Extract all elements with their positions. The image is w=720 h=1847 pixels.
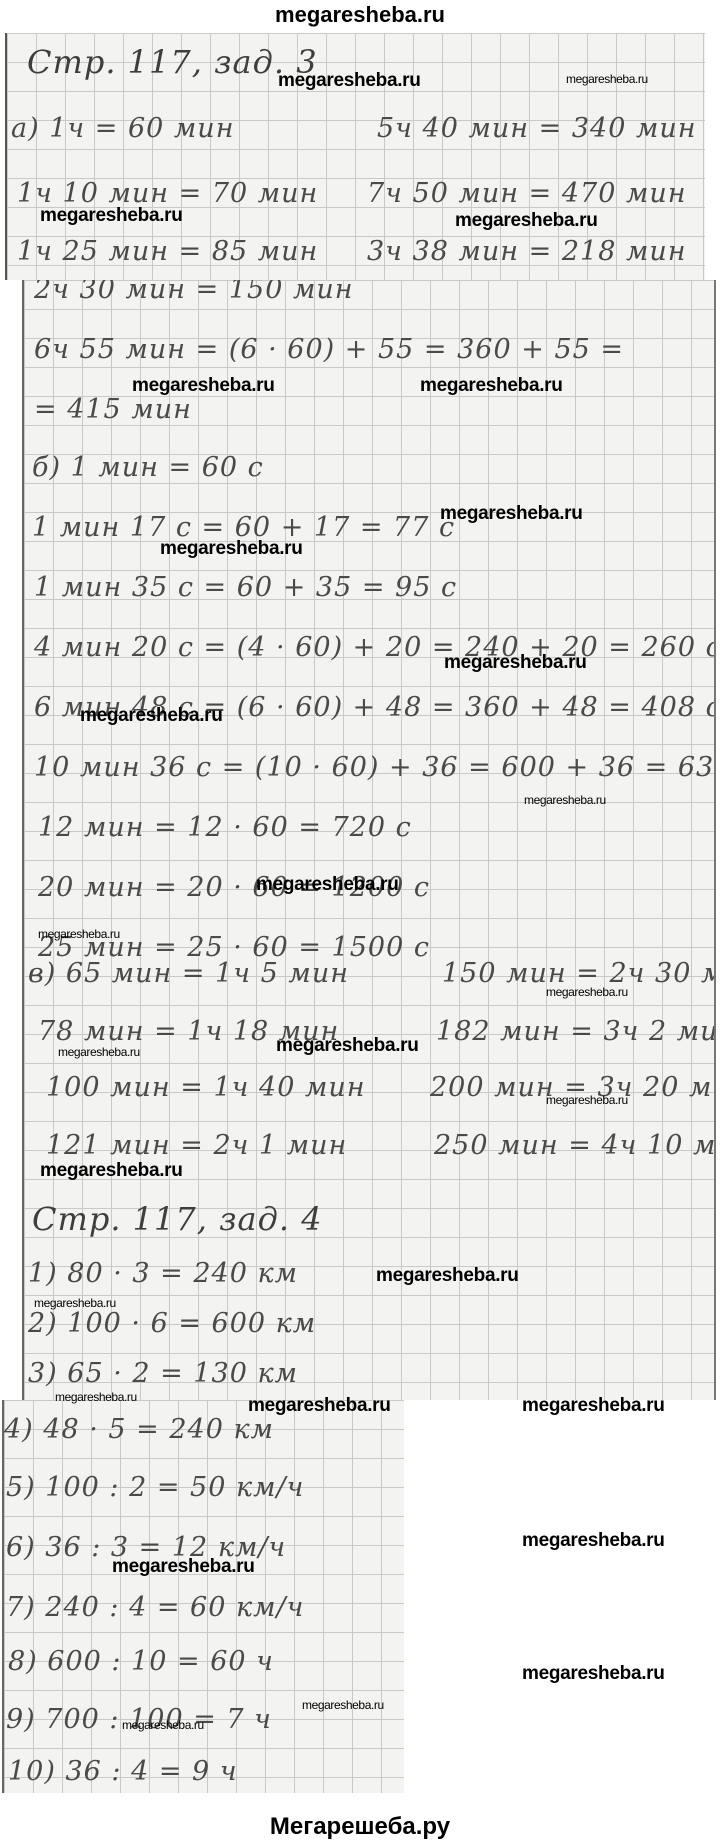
task4-line-8: 8) 600 : 10 = 60 ч [8, 1646, 274, 1677]
part-a-line-1: а) 1ч = 60 мин [11, 113, 234, 144]
notebook-sheet-3: 4) 48 · 5 = 240 км 5) 100 : 2 = 50 км/ч … [2, 1400, 404, 1793]
watermark: megaresheba.ru [38, 927, 120, 941]
watermark: megaresheba.ru [376, 1265, 519, 1287]
watermark: megaresheba.ru [566, 72, 648, 86]
task3-heading: Стр. 117, зад. 3 [27, 43, 318, 81]
watermark: megaresheba.ru [256, 874, 399, 896]
site-footer[interactable]: Мегарешеба.ру [0, 1810, 720, 1844]
task4-line-7: 7) 240 : 4 = 60 км/ч [6, 1592, 304, 1623]
part-v-left-1: в) 65 мин = 1ч 5 мин [28, 958, 349, 989]
watermark: megaresheba.ru [455, 210, 598, 232]
watermark: megaresheba.ru [40, 1160, 183, 1182]
watermark: megaresheba.ru [248, 1395, 391, 1417]
watermark: megaresheba.ru [80, 705, 223, 727]
watermark: megaresheba.ru [112, 1556, 255, 1578]
part-a-line-3: 1ч 25 мин = 85 мин [17, 236, 318, 267]
watermark: megaresheba.ru [132, 375, 275, 397]
watermark: megaresheba.ru [522, 1663, 665, 1685]
watermark: megaresheba.ru [524, 793, 606, 807]
watermark: megaresheba.ru [34, 1296, 116, 1310]
site-header[interactable]: megaresheba.ru [0, 0, 720, 30]
watermark: megaresheba.ru [546, 985, 628, 999]
watermark: megaresheba.ru [440, 503, 583, 525]
watermark: megaresheba.ru [278, 70, 421, 92]
part-v-right-4: 250 мин = 4ч 10 мин [434, 1130, 716, 1161]
watermark: megaresheba.ru [522, 1395, 665, 1417]
watermark: megaresheba.ru [122, 1718, 204, 1732]
part-b-line-3: 1 мин 35 с = 60 + 35 = 95 с [34, 572, 457, 603]
watermark: megaresheba.ru [522, 1530, 665, 1552]
part-b-line-7: 12 мин = 12 · 60 = 720 с [38, 812, 412, 843]
part-a-right-2: 7ч 50 мин = 470 мин [367, 178, 687, 209]
watermark: megaresheba.ru [160, 538, 303, 560]
task4-line-3: 3) 65 · 2 = 130 км [28, 1358, 298, 1389]
task4-line-4: 4) 48 · 5 = 240 км [4, 1414, 274, 1445]
watermark: megaresheba.ru [420, 375, 563, 397]
task4-line-10: 10) 36 : 4 = 9 ч [8, 1756, 238, 1787]
watermark: megaresheba.ru [55, 1390, 137, 1404]
watermark: megaresheba.ru [276, 1035, 419, 1057]
watermark: megaresheba.ru [58, 1045, 140, 1059]
watermark: megaresheba.ru [40, 205, 183, 227]
part-b-line-1: б) 1 мин = 60 с [32, 452, 264, 483]
part-v-right-2: 182 мин = 3ч 2 мин [436, 1016, 716, 1047]
part-a-line-5: 6ч 55 мин = (6 · 60) + 55 = 360 + 55 = [34, 334, 624, 365]
part-b-line-6: 10 мин 36 с = (10 · 60) + 36 = 600 + 36 … [34, 752, 716, 783]
part-a-line-4: 2ч 30 мин = 150 мин [34, 280, 354, 305]
task4-heading: Стр. 117, зад. 4 [32, 1200, 323, 1238]
part-b-line-4: 4 мин 20 с = (4 · 60) + 20 = 240 + 20 = … [34, 632, 716, 663]
task4-line-5: 5) 100 : 2 = 50 км/ч [6, 1472, 304, 1503]
part-v-left-4: 121 мин = 2ч 1 мин [46, 1130, 347, 1161]
task4-line-1: 1) 80 · 3 = 240 км [28, 1258, 298, 1289]
part-a-right-1: 5ч 40 мин = 340 мин [377, 113, 697, 144]
notebook-sheet-2: 2ч 30 мин = 150 мин 6ч 55 мин = (6 · 60)… [22, 280, 716, 1400]
part-a-line-6: = 415 мин [34, 394, 192, 425]
part-a-right-3: 3ч 38 мин = 218 мин [367, 236, 687, 267]
part-v-left-3: 100 мин = 1ч 40 мин [46, 1072, 366, 1103]
watermark: megaresheba.ru [546, 1093, 628, 1107]
watermark: megaresheba.ru [444, 652, 587, 674]
task4-line-2: 2) 100 · 6 = 600 км [28, 1308, 316, 1339]
watermark: megaresheba.ru [302, 1698, 384, 1712]
